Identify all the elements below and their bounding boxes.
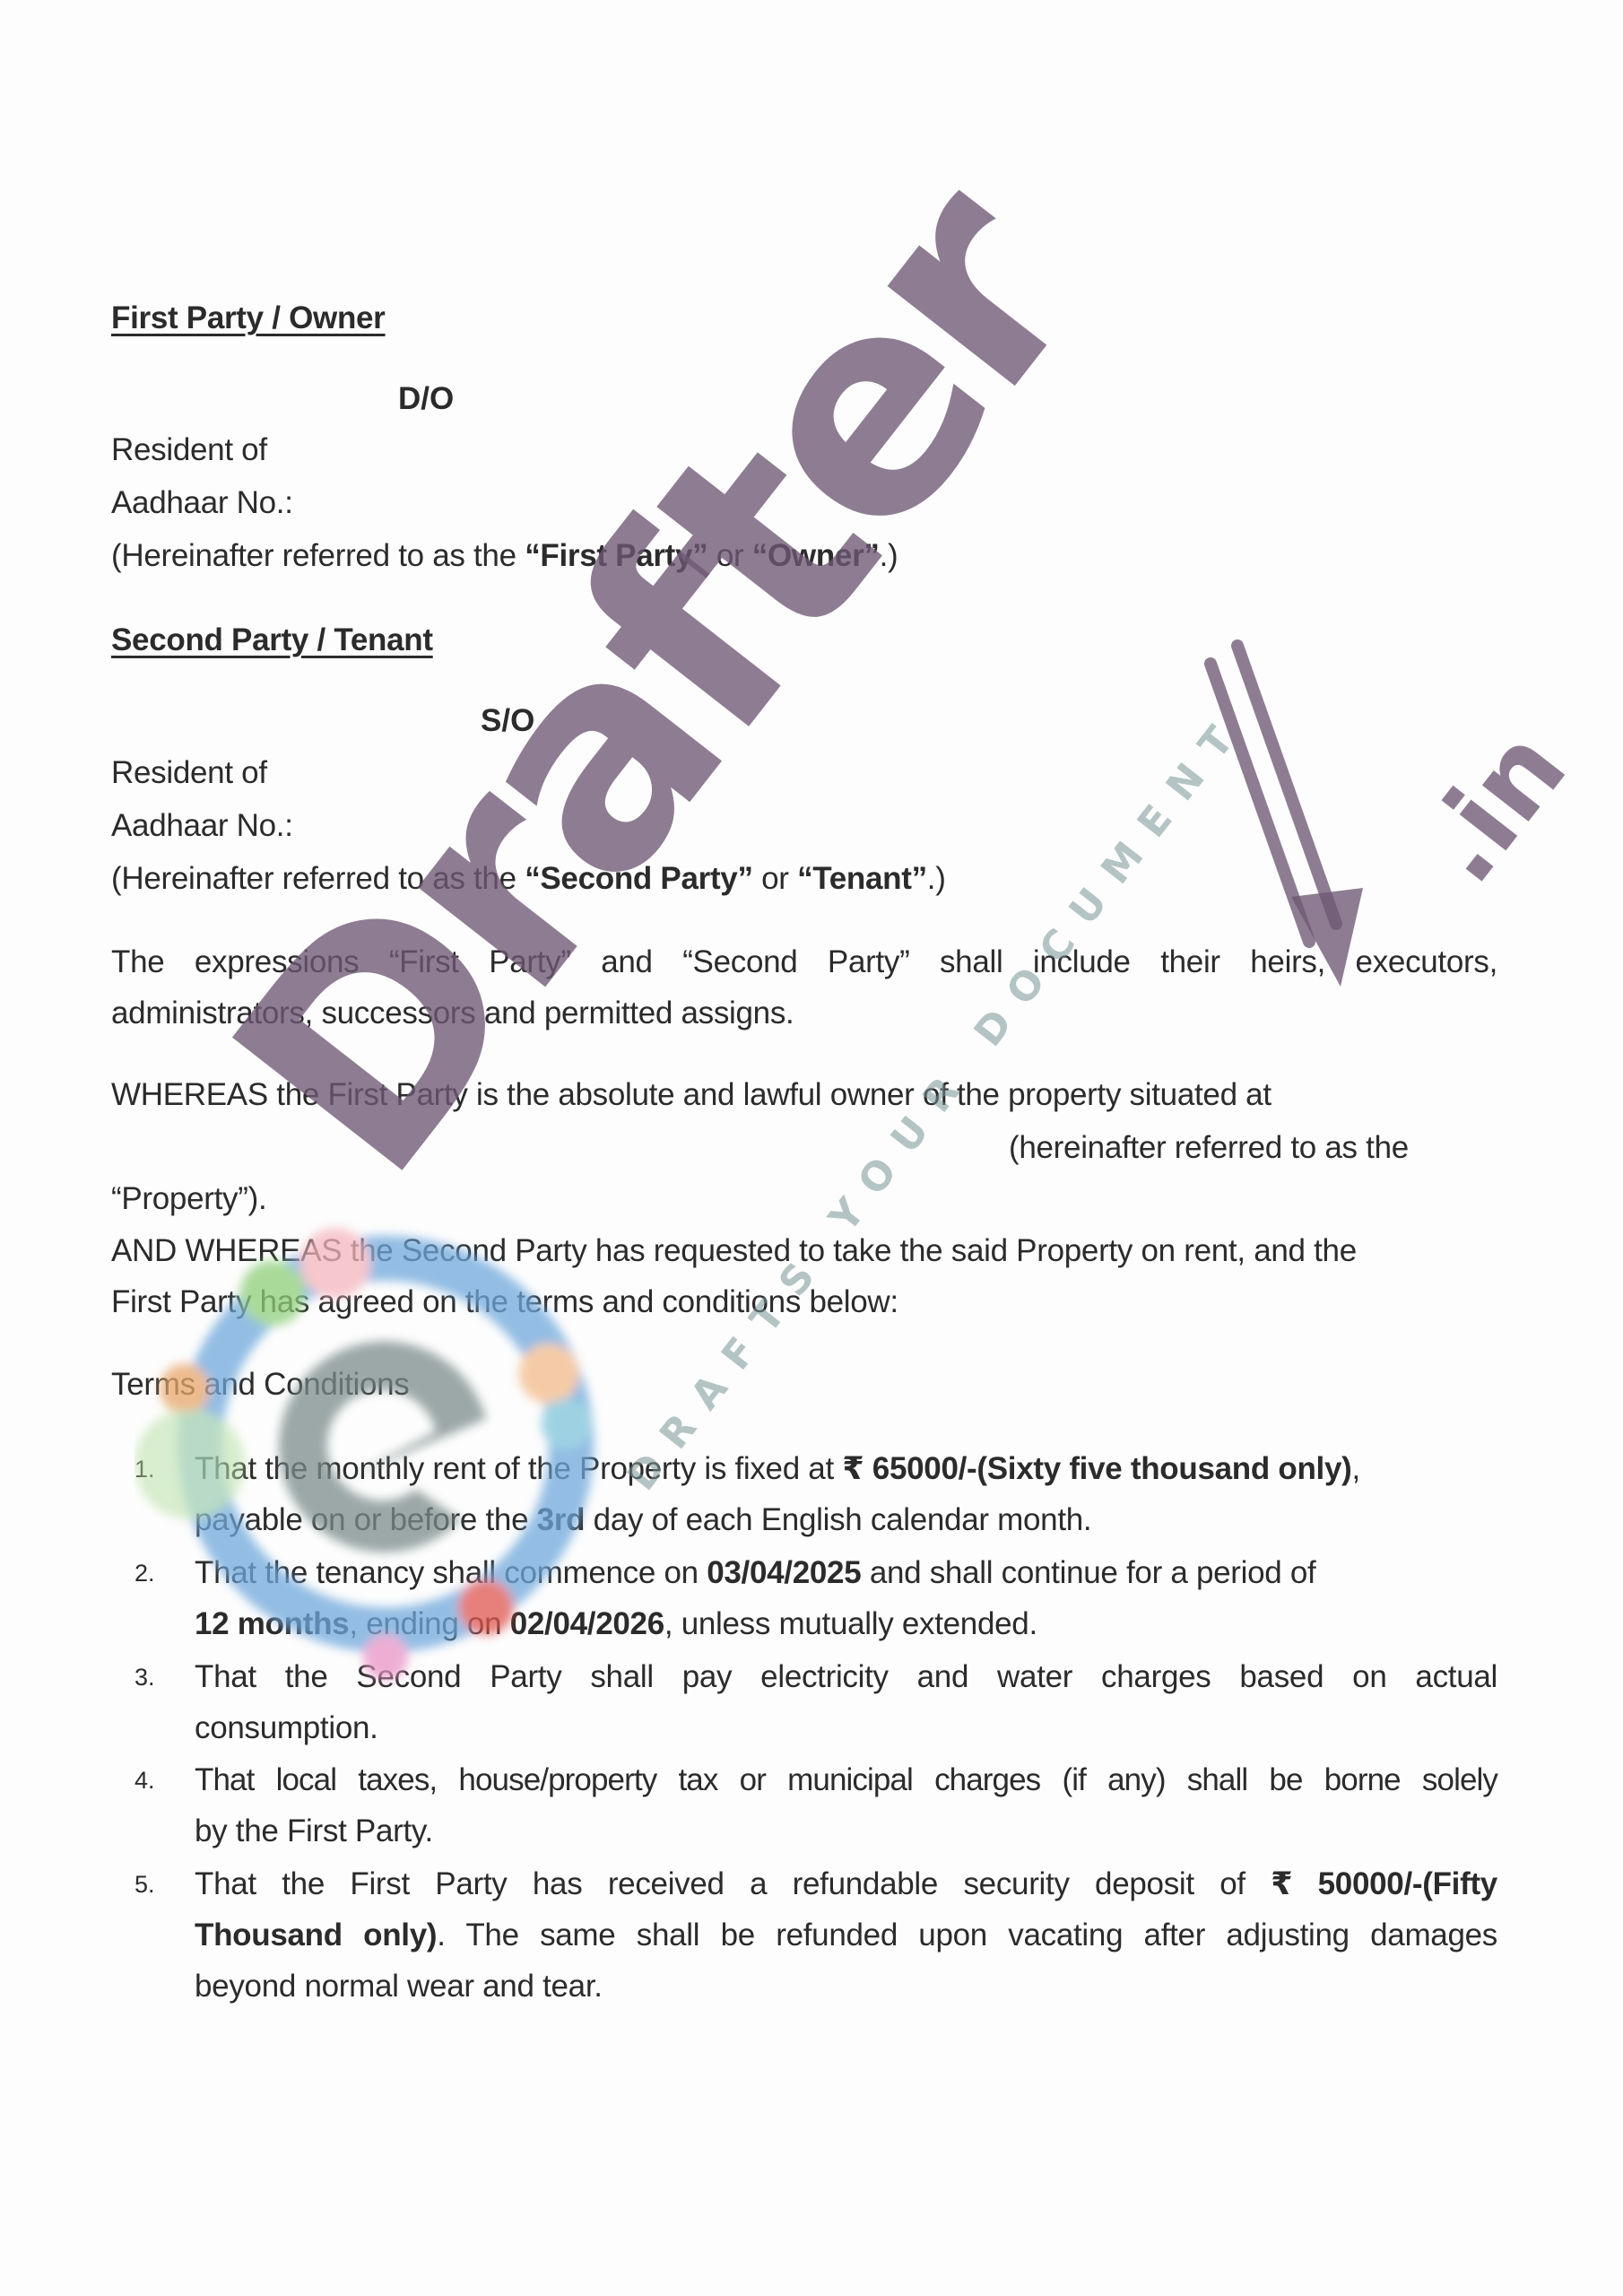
second-party-heading: Second Party / Tenant — [111, 621, 433, 660]
term-1-line-2: payable on or before the 3rd day of each… — [195, 1500, 1091, 1540]
term-2-line-1: That the tenancy shall commence on 03/04… — [195, 1553, 1315, 1593]
first-party-resident-label: Resident of — [111, 430, 267, 470]
expressions-line-1: The expressions “First Party” and “Secon… — [111, 943, 1497, 982]
term-3-line-2: consumption. — [195, 1709, 378, 1748]
and-whereas-line-2: First Party has agreed on the terms and … — [111, 1283, 898, 1322]
ref-owner: “Owner” — [752, 538, 880, 573]
second-party-resident-label: Resident of — [111, 753, 267, 793]
ref-prefix: (Hereinafter referred to as the — [111, 538, 525, 573]
tenancy-start-date: 03/04/2025 — [707, 1555, 861, 1590]
term-1-number: 1. — [135, 1449, 155, 1489]
term-4-number: 4. — [135, 1761, 155, 1800]
ref-suffix: .) — [880, 538, 898, 573]
term-3-line-1: That the Second Party shall pay electric… — [195, 1657, 1497, 1697]
document-page: First Party / Owner D/O Resident of Aadh… — [0, 0, 1623, 2296]
whereas-line-3: “Property”). — [111, 1179, 266, 1219]
term-4-line-1: That local taxes, house/property tax or … — [195, 1761, 1497, 1800]
terms-heading: Terms and Conditions — [111, 1365, 410, 1405]
term-text: . The same shall be refunded upon vacati… — [437, 1918, 1497, 1952]
rent-amount: ₹ 65000/-(Sixty five thousand only) — [842, 1451, 1351, 1486]
ref-tenant: “Tenant” — [797, 861, 927, 896]
term-2-line-2: 12 months, ending on 02/04/2026, unless … — [195, 1605, 1037, 1644]
second-party-reference: (Hereinafter referred to as the “Second … — [111, 859, 946, 899]
whereas-line-2: (hereinafter referred to as the — [1009, 1128, 1409, 1168]
first-party-aadhaar-label: Aadhaar No.: — [111, 483, 293, 523]
tenancy-end-date: 02/04/2026 — [510, 1606, 664, 1641]
term-text: That the First Party has received a refu… — [195, 1866, 1271, 1901]
ref-first-party: “First Party” — [525, 538, 707, 573]
ref-suffix: .) — [927, 861, 946, 896]
term-text: , — [1351, 1451, 1359, 1486]
term-2-number: 2. — [135, 1553, 155, 1593]
ref-or: or — [707, 538, 751, 573]
term-5-line-2: Thousand only). The same shall be refund… — [195, 1916, 1497, 1955]
term-text: and shall continue for a period of — [861, 1555, 1315, 1590]
term-text: day of each English calendar month. — [585, 1502, 1091, 1537]
rent-due-day: 3rd — [537, 1502, 586, 1537]
term-5-number: 5. — [135, 1865, 155, 1904]
second-party-aadhaar-label: Aadhaar No.: — [111, 806, 293, 846]
term-5-line-3: beyond normal wear and tear. — [195, 1967, 603, 2006]
term-text: , unless mutually extended. — [664, 1606, 1037, 1641]
term-text: payable on or before the — [195, 1502, 537, 1537]
second-party-relation: S/O — [481, 701, 534, 741]
ref-second-party: “Second Party” — [525, 861, 753, 896]
term-5-line-1: That the First Party has received a refu… — [195, 1865, 1497, 1904]
first-party-relation: D/O — [398, 379, 454, 419]
tenancy-duration: 12 months — [195, 1606, 349, 1641]
first-party-reference: (Hereinafter referred to as the “First P… — [111, 536, 898, 576]
and-whereas-line-1: AND WHEREAS the Second Party has request… — [111, 1231, 1357, 1271]
ref-or: or — [753, 861, 797, 896]
term-3-number: 3. — [135, 1657, 155, 1697]
term-text: That the tenancy shall commence on — [195, 1555, 707, 1590]
term-text: That the monthly rent of the Property is… — [195, 1451, 842, 1486]
ref-prefix: (Hereinafter referred to as the — [111, 861, 525, 896]
first-party-heading: First Party / Owner — [111, 299, 386, 338]
expressions-line-2: administrators, successors and permitted… — [111, 994, 794, 1033]
term-1-line-1: That the monthly rent of the Property is… — [195, 1449, 1360, 1489]
term-4-line-2: by the First Party. — [195, 1812, 433, 1851]
security-deposit-amount: ₹ 50000/-(Fifty — [1271, 1866, 1497, 1901]
term-text: , ending on — [349, 1606, 509, 1641]
security-deposit-words: Thousand only) — [195, 1918, 437, 1952]
whereas-line-1: WHEREAS the First Party is the absolute … — [111, 1075, 1271, 1115]
